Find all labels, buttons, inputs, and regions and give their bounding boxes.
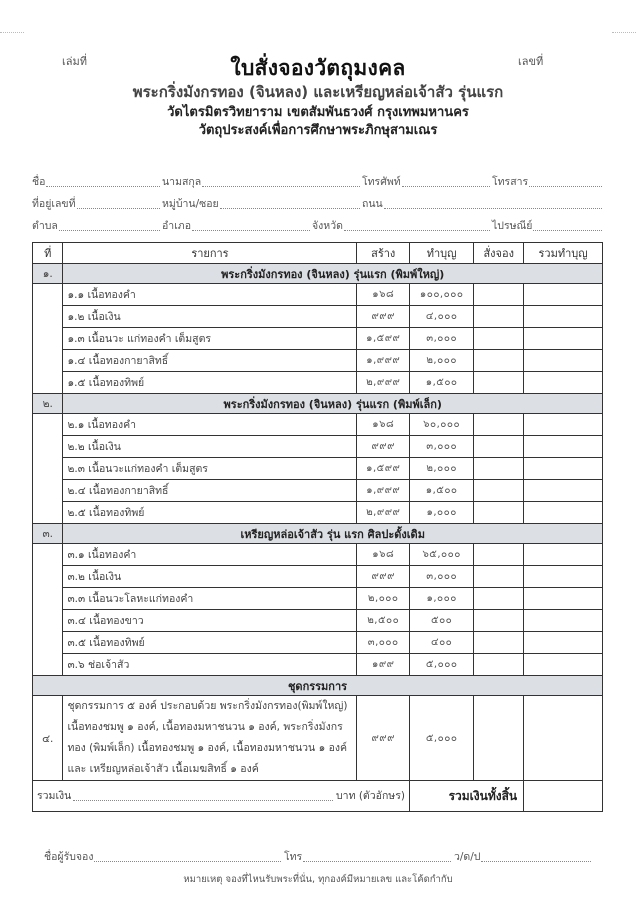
item-order-cell[interactable] (474, 436, 524, 458)
receiver-name-field[interactable]: ชื่อผู้รับจอง (44, 848, 284, 865)
item-order-cell[interactable] (474, 284, 524, 306)
receiver-date-field[interactable]: ว/ด/ป (454, 848, 594, 865)
item-merit-amount: ๕,๐๐๐ (409, 654, 473, 676)
form-title: ใบสั่งจองวัตถุมงคล (0, 54, 636, 82)
item-order-cell[interactable] (474, 414, 524, 436)
crop-mark-left (0, 32, 24, 33)
item-build-count: ๑,๕๙๙ (357, 458, 410, 480)
committee-set-build: ๙๙๙ (357, 696, 410, 781)
item-total-cell[interactable] (524, 654, 603, 676)
footer-note: หมายเหตุ จองที่ไหนรับพระที่นั่น, ทุกองค์… (0, 872, 636, 887)
table-row: ๓.๒ เนื้อเงิน๙๙๙๓,๐๐๐ (33, 566, 603, 588)
table-row: ๓.๕ เนื้อทองทิพย์๓,๐๐๐๔๐๐ (33, 632, 603, 654)
item-order-cell[interactable] (474, 632, 524, 654)
table-row: ๓.๓ เนื้อนวะโลหะแก่ทองคำ๒,๐๐๐๑,๐๐๐ (33, 588, 603, 610)
item-name: ๓.๖ ช่อเจ้าสัว (63, 654, 357, 676)
item-name: ๒.๑ เนื้อทองคำ (63, 414, 357, 436)
item-build-count: ๒,๐๐๐ (357, 588, 410, 610)
item-name: ๑.๕ เนื้อทองทิพย์ (63, 372, 357, 394)
item-total-cell[interactable] (524, 414, 603, 436)
table-row: ๒.๑ เนื้อทองคำ๑๖๘๖๐,๐๐๐ (33, 414, 603, 436)
item-order-cell[interactable] (474, 328, 524, 350)
section-number: ๒. (33, 394, 63, 414)
item-build-count: ๓,๐๐๐ (357, 632, 410, 654)
section-no-spacer (33, 414, 63, 524)
item-order-cell[interactable] (474, 544, 524, 566)
item-total-cell[interactable] (524, 502, 603, 524)
postcode-field[interactable]: ไปรษณีย์ (492, 217, 604, 234)
item-total-cell[interactable] (524, 284, 603, 306)
section-title: พระกริ่งมังกรทอง (จินหลง) รุ่นแรก (พิมพ์… (63, 264, 603, 284)
table-row: ๒.๔ เนื้อทองกายาสิทธิ์๑,๙๙๙๑,๕๐๐ (33, 480, 603, 502)
total-words-suffix: บาท (ตัวอักษร) (336, 787, 405, 804)
item-build-count: ๒,๙๙๙ (357, 372, 410, 394)
grand-total-label: รวมเงินทั้งสิ้น (409, 781, 523, 812)
committee-set-total-cell[interactable] (524, 696, 603, 781)
item-total-cell[interactable] (524, 610, 603, 632)
section-number: ๑. (33, 264, 63, 284)
item-merit-amount: ๖๕,๐๐๐ (409, 544, 473, 566)
item-name: ๒.๔ เนื้อทองกายาสิทธิ์ (63, 480, 357, 502)
item-order-cell[interactable] (474, 480, 524, 502)
header-no: ที่ (33, 243, 63, 264)
item-order-cell[interactable] (474, 588, 524, 610)
item-total-cell[interactable] (524, 436, 603, 458)
item-build-count: ๑๖๘ (357, 544, 410, 566)
section-header: ๑.พระกริ่งมังกรทอง (จินหลง) รุ่นแรก (พิม… (33, 264, 603, 284)
village-soi-field[interactable]: หมู่บ้าน/ซอย (162, 195, 362, 212)
header-total: รวมทำบุญ (524, 243, 603, 264)
table-row: ๒.๒ เนื้อเงิน๙๙๙๓,๐๐๐ (33, 436, 603, 458)
item-name: ๓.๑ เนื้อทองคำ (63, 544, 357, 566)
section-number: ๓. (33, 524, 63, 544)
item-build-count: ๒,๕๐๐ (357, 610, 410, 632)
item-order-cell[interactable] (474, 350, 524, 372)
item-merit-amount: ๒,๐๐๐ (409, 458, 473, 480)
road-field[interactable]: ถนน (362, 195, 604, 212)
header-merit: ทำบุญ (409, 243, 473, 264)
committee-set-merit: ๕,๐๐๐ (409, 696, 473, 781)
item-total-cell[interactable] (524, 350, 603, 372)
item-merit-amount: ๑,๐๐๐ (409, 588, 473, 610)
item-total-cell[interactable] (524, 566, 603, 588)
fax-field[interactable]: โทรสาร (492, 173, 604, 190)
total-words-label: รวมเงิน (37, 787, 71, 804)
total-in-words-cell[interactable]: รวมเงิน บาท (ตัวอักษร) (33, 781, 410, 812)
item-merit-amount: ๔๐๐ (409, 632, 473, 654)
header-build: สร้าง (357, 243, 410, 264)
district-field[interactable]: อำเภอ (162, 217, 312, 234)
order-table-body: ๑.พระกริ่งมังกรทอง (จินหลง) รุ่นแรก (พิม… (33, 264, 603, 812)
table-header-row: ที่ รายการ สร้าง ทำบุญ สั่งจอง รวมทำบุญ (33, 243, 603, 264)
receiver-phone-field[interactable]: โทร (284, 848, 454, 865)
item-merit-amount: ๑,๕๐๐ (409, 480, 473, 502)
subdistrict-field[interactable]: ตำบล (32, 217, 162, 234)
item-total-cell[interactable] (524, 632, 603, 654)
item-build-count: ๑๖๘ (357, 414, 410, 436)
table-row: ๑.๑ เนื้อทองคำ๑๖๘๑๐๐,๐๐๐ (33, 284, 603, 306)
item-name: ๒.๒ เนื้อเงิน (63, 436, 357, 458)
item-merit-amount: ๓,๐๐๐ (409, 566, 473, 588)
table-row: ๑.๓ เนื้อนวะ แก่ทองคำ เต็มสูตร๑,๕๙๙๓,๐๐๐ (33, 328, 603, 350)
item-merit-amount: ๓,๐๐๐ (409, 436, 473, 458)
item-name: ๑.๔ เนื้อทองกายาสิทธิ์ (63, 350, 357, 372)
customer-info-fields: ชื่อ นามสกุล โทรศัพท์ โทรสาร ที่อยู่เลขท… (32, 168, 604, 234)
table-row: ๒.๓ เนื้อนวะแก่ทองคำ เต็มสูตร๑,๕๙๙๒,๐๐๐ (33, 458, 603, 480)
item-merit-amount: ๔,๐๐๐ (409, 306, 473, 328)
item-build-count: ๙๙๙ (357, 566, 410, 588)
form-subtitle: พระกริ่งมังกรทอง (จินหลง) และเหรียญหล่อเ… (0, 82, 636, 102)
table-row: ๓.๖ ช่อเจ้าสัว๑๙๙๕,๐๐๐ (33, 654, 603, 676)
name-field[interactable]: ชื่อ (32, 173, 162, 190)
item-build-count: ๑,๕๙๙ (357, 328, 410, 350)
header-item: รายการ (63, 243, 357, 264)
item-order-cell[interactable] (474, 502, 524, 524)
item-total-cell[interactable] (524, 328, 603, 350)
province-field[interactable]: จังหวัด (312, 217, 492, 234)
item-merit-amount: ๖๐,๐๐๐ (409, 414, 473, 436)
item-build-count: ๒,๙๙๙ (357, 502, 410, 524)
item-name: ๑.๑ เนื้อทองคำ (63, 284, 357, 306)
section-no-spacer (33, 284, 63, 394)
item-name: ๒.๓ เนื้อนวะแก่ทองคำ เต็มสูตร (63, 458, 357, 480)
item-build-count: ๑,๙๙๙ (357, 350, 410, 372)
committee-set-description: ชุดกรรมการ ๕ องค์ ประกอบด้วย พระกริ่งมัง… (63, 696, 357, 781)
item-build-count: ๑,๙๙๙ (357, 480, 410, 502)
item-total-cell[interactable] (524, 588, 603, 610)
grand-total-cell[interactable] (524, 781, 603, 812)
section-title: เหรียญหล่อเจ้าสัว รุ่น แรก ศิลปะดั้งเดิม (63, 524, 603, 544)
crop-mark-right (612, 32, 636, 33)
section-no-spacer (33, 544, 63, 676)
item-order-cell[interactable] (474, 654, 524, 676)
table-row: ๓.๑ เนื้อทองคำ๑๖๘๖๕,๐๐๐ (33, 544, 603, 566)
section-title: พระกริ่งมังกรทอง (จินหลง) รุ่นแรก (พิมพ์… (63, 394, 603, 414)
order-table: ที่ รายการ สร้าง ทำบุญ สั่งจอง รวมทำบุญ … (32, 242, 603, 812)
item-name: ๑.๒ เนื้อเงิน (63, 306, 357, 328)
phone-field[interactable]: โทรศัพท์ (362, 173, 492, 190)
item-merit-amount: ๒,๐๐๐ (409, 350, 473, 372)
item-merit-amount: ๑๐๐,๐๐๐ (409, 284, 473, 306)
surname-field[interactable]: นามสกุล (162, 173, 362, 190)
committee-section-header: ชุดกรรมการ (33, 676, 603, 696)
temple-name: วัดไตรมิตรวิทยาราม เขตสัมพันธวงศ์ กรุงเท… (0, 104, 636, 122)
item-order-cell[interactable] (474, 306, 524, 328)
item-order-cell[interactable] (474, 610, 524, 632)
item-name: ๓.๕ เนื้อทองทิพย์ (63, 632, 357, 654)
address-number-field[interactable]: ที่อยู่เลขที่ (32, 195, 162, 212)
item-build-count: ๙๙๙ (357, 436, 410, 458)
item-total-cell[interactable] (524, 544, 603, 566)
table-row: ๒.๕ เนื้อทองทิพย์๒,๙๙๙๑,๐๐๐ (33, 502, 603, 524)
item-order-cell[interactable] (474, 458, 524, 480)
form-header: ใบสั่งจองวัตถุมงคล พระกริ่งมังกรทอง (จิน… (0, 54, 636, 140)
item-merit-amount: ๕๐๐ (409, 610, 473, 632)
item-merit-amount: ๑,๐๐๐ (409, 502, 473, 524)
committee-section-title: ชุดกรรมการ (33, 676, 603, 696)
item-name: ๑.๓ เนื้อนวะ แก่ทองคำ เต็มสูตร (63, 328, 357, 350)
table-row: ๑.๕ เนื้อทองทิพย์๒,๙๙๙๑,๕๐๐ (33, 372, 603, 394)
section-header: ๓.เหรียญหล่อเจ้าสัว รุ่น แรก ศิลปะดั้งเด… (33, 524, 603, 544)
item-order-cell[interactable] (474, 566, 524, 588)
item-total-cell[interactable] (524, 306, 603, 328)
purpose-text: วัตถุประสงค์เพื่อการศึกษาพระภิกษุสามเณร (0, 122, 636, 140)
item-total-cell[interactable] (524, 458, 603, 480)
receiver-fields: ชื่อผู้รับจอง โทร ว/ด/ป (44, 848, 594, 865)
item-build-count: ๑๖๘ (357, 284, 410, 306)
table-row: ๓.๔ เนื้อทองขาว๒,๕๐๐๕๐๐ (33, 610, 603, 632)
item-name: ๓.๒ เนื้อเงิน (63, 566, 357, 588)
committee-set-order-cell[interactable] (474, 696, 524, 781)
item-name: ๓.๓ เนื้อนวะโลหะแก่ทองคำ (63, 588, 357, 610)
item-total-cell[interactable] (524, 480, 603, 502)
item-merit-amount: ๓,๐๐๐ (409, 328, 473, 350)
header-order: สั่งจอง (474, 243, 524, 264)
item-build-count: ๙๙๙ (357, 306, 410, 328)
item-build-count: ๑๙๙ (357, 654, 410, 676)
item-merit-amount: ๑,๕๐๐ (409, 372, 473, 394)
section-header: ๒.พระกริ่งมังกรทอง (จินหลง) รุ่นแรก (พิม… (33, 394, 603, 414)
item-total-cell[interactable] (524, 372, 603, 394)
committee-set-no: ๔. (33, 696, 63, 781)
item-order-cell[interactable] (474, 372, 524, 394)
table-row: ๑.๔ เนื้อทองกายาสิทธิ์๑,๙๙๙๒,๐๐๐ (33, 350, 603, 372)
item-name: ๓.๔ เนื้อทองขาว (63, 610, 357, 632)
item-name: ๒.๕ เนื้อทองทิพย์ (63, 502, 357, 524)
total-row: รวมเงิน บาท (ตัวอักษร) รวมเงินทั้งสิ้น (33, 781, 603, 812)
committee-set-row: ๔. ชุดกรรมการ ๕ องค์ ประกอบด้วย พระกริ่ง… (33, 696, 603, 781)
table-row: ๑.๒ เนื้อเงิน๙๙๙๔,๐๐๐ (33, 306, 603, 328)
